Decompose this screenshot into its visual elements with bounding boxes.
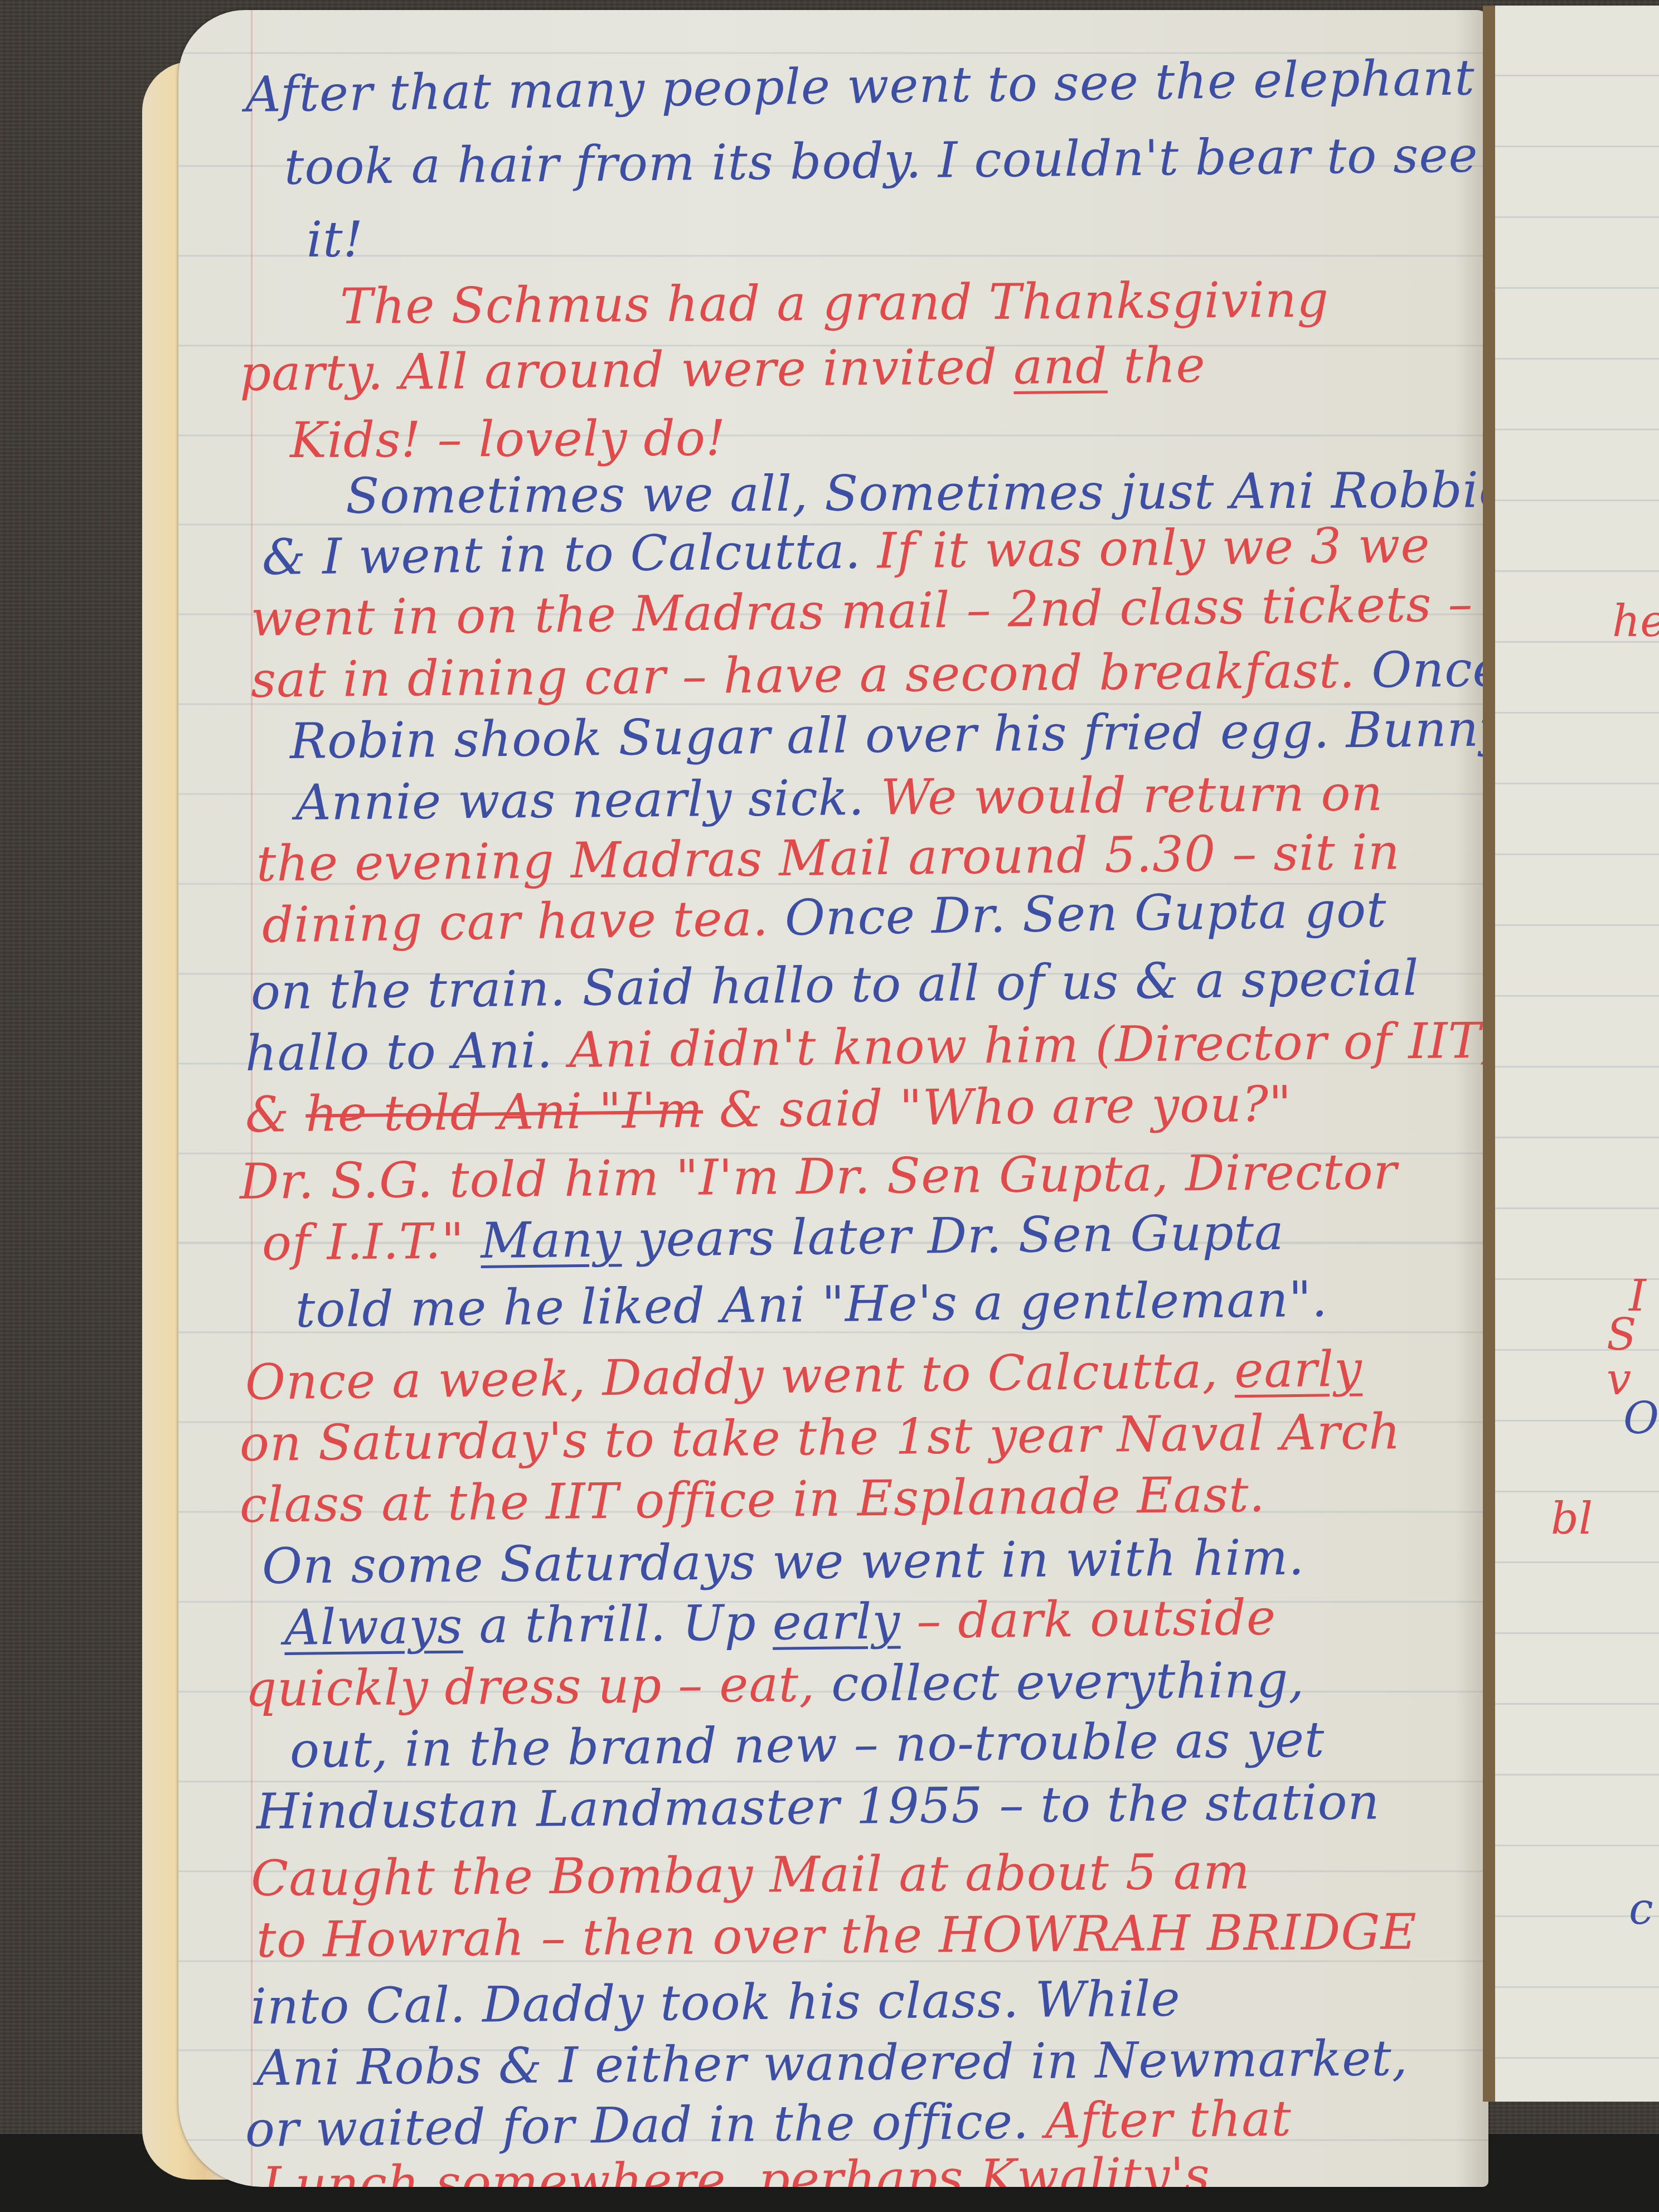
red-ink-text: and <box>1013 337 1108 395</box>
red-ink-text: Ani didn't know him (Director of IIT). <box>569 1011 1488 1079</box>
blue-ink-text: early <box>772 1592 901 1651</box>
handwritten-line: told me he liked Ani "He's a gentleman". <box>295 1270 1328 1338</box>
handwritten-line: & he told Ani "I'm & said "Who are you?" <box>245 1075 1292 1143</box>
handwritten-line: Caught the Bombay Mail at about 5 am <box>251 1842 1250 1907</box>
right-page-fragment: he <box>1612 596 1659 647</box>
blue-ink-text: & I went in to Calcutta. <box>261 522 877 586</box>
red-ink-text: After that <box>1045 2089 1292 2150</box>
red-ink-text: Caught the Bombay Mail at about 5 am <box>251 1842 1250 1907</box>
notebook-right-page: heISvOblc <box>1483 6 1659 2102</box>
red-ink-text: to Howrah – then over the HOWRAH BRIDGE <box>256 1903 1417 1968</box>
red-ink-text: & said "Who are you?" <box>702 1075 1292 1138</box>
handwritten-line: Kids! – lovely do! <box>290 409 726 469</box>
handwritten-line: out, in the brand new – no-trouble as ye… <box>289 1711 1325 1779</box>
red-ink-text: party. All around were invited <box>240 338 1014 402</box>
blue-ink-text: a thrill. Up <box>463 1594 773 1655</box>
handwritten-line: & I went in to Calcutta. If it was only … <box>261 516 1430 586</box>
handwritten-line: Annie was nearly sick. We would return o… <box>295 764 1384 831</box>
red-ink-text: We would return on <box>881 764 1384 826</box>
blue-ink-text: Annie was nearly sick. <box>295 769 881 831</box>
red-ink-text: the evening Madras Mail around 5.30 – si… <box>256 823 1400 892</box>
handwritten-line: of I.I.T." Many years later Dr. Sen Gupt… <box>261 1204 1284 1272</box>
handwritten-line: Always a thrill. Up early – dark outside <box>284 1588 1276 1656</box>
red-ink-text: class at the IIT office in Esplanade Eas… <box>239 1466 1265 1534</box>
handwritten-line: Ani Robs & I either wandered in Newmarke… <box>256 2029 1409 2097</box>
handwritten-line: On some Saturdays we went in with him. <box>262 1529 1305 1595</box>
blue-ink-text: Ani Robs & I either wandered in Newmarke… <box>256 2029 1409 2097</box>
red-ink-text: quickly dress up – eat, <box>245 1655 832 1718</box>
red-ink-text: Dr. S.G. told him "I'm Dr. Sen Gupta, Di… <box>240 1143 1398 1210</box>
handwritten-line: class at the IIT office in Esplanade Eas… <box>239 1466 1265 1534</box>
right-page-fragment: bl <box>1551 1494 1593 1544</box>
red-ink-text: The Schmus had a grand Thanksgiving <box>340 271 1330 335</box>
handwritten-line: sat in dining car – have a second breakf… <box>251 640 1488 709</box>
blue-ink-text: Always <box>284 1597 463 1656</box>
blue-ink-text: told me he liked Ani "He's a gentleman". <box>295 1270 1328 1338</box>
right-page-fragment: c <box>1629 1884 1653 1934</box>
red-ink-text: Kids! – lovely do! <box>290 409 726 469</box>
blue-ink-text: collect everything, <box>831 1651 1305 1712</box>
red-ink-text: & <box>245 1085 305 1143</box>
handwritten-line: to Howrah – then over the HOWRAH BRIDGE <box>256 1903 1417 1968</box>
blue-ink-text: Many <box>481 1210 622 1269</box>
blue-ink-text: years later Dr. Sen Gupta <box>622 1204 1285 1268</box>
red-ink-text: If it was only we 3 we <box>877 516 1430 579</box>
blue-ink-text: Hindustan Landmaster 1955 – to the stati… <box>256 1773 1380 1840</box>
handwritten-line: it! <box>307 211 363 268</box>
red-ink-text: he told Ani "I'm <box>305 1081 704 1142</box>
red-ink-text: of I.I.T." <box>261 1212 481 1272</box>
handwritten-line: on Saturday's to take the 1st year Naval… <box>239 1403 1401 1472</box>
handwritten-line: party. All around were invited and the <box>240 336 1206 402</box>
blue-ink-text: or waited for Dad in the office. <box>245 2092 1045 2158</box>
handwritten-line: quickly dress up – eat, collect everythi… <box>245 1651 1305 1718</box>
notebook-left-page: After that many people went to see the e… <box>178 10 1488 2187</box>
blue-ink-text: hallo to Ani. <box>245 1021 569 1082</box>
blue-ink-text: Sometimes we all, Sometimes just Ani Rob… <box>346 461 1488 525</box>
right-page-fragment: S <box>1607 1310 1636 1360</box>
handwritten-line: into Cal. Daddy took his class. While <box>251 1970 1181 2035</box>
red-ink-text: Once a week, Daddy went to Calcutta, <box>245 1341 1235 1411</box>
blue-ink-text: On some Saturdays we went in with him. <box>262 1529 1305 1595</box>
handwritten-line: Sometimes we all, Sometimes just Ani Rob… <box>346 461 1488 525</box>
red-ink-text: early <box>1234 1340 1363 1399</box>
handwritten-line: Dr. S.G. told him "I'm Dr. Sen Gupta, Di… <box>240 1143 1398 1210</box>
blue-ink-text: out, in the brand new – no-trouble as ye… <box>289 1711 1325 1779</box>
handwritten-line: Hindustan Landmaster 1955 – to the stati… <box>256 1773 1380 1840</box>
right-page-fragment: O <box>1623 1394 1659 1444</box>
red-ink-text: on Saturday's to take the 1st year Naval… <box>239 1403 1401 1472</box>
blue-ink-text: Once <box>1371 640 1488 698</box>
blue-ink-text: it! <box>307 211 363 268</box>
red-ink-text: dining car have tea. <box>261 889 785 954</box>
red-ink-text: – dark outside <box>900 1588 1277 1650</box>
red-ink-text: sat in dining car – have a second breakf… <box>251 641 1372 709</box>
red-ink-text: the <box>1107 336 1206 395</box>
handwritten-line: The Schmus had a grand Thanksgiving <box>340 271 1330 335</box>
blue-ink-text: Once Dr. Sen Gupta got <box>784 881 1387 947</box>
blue-ink-text: into Cal. Daddy took his class. While <box>251 1970 1181 2035</box>
handwritten-line: the evening Madras Mail around 5.30 – si… <box>256 823 1400 892</box>
